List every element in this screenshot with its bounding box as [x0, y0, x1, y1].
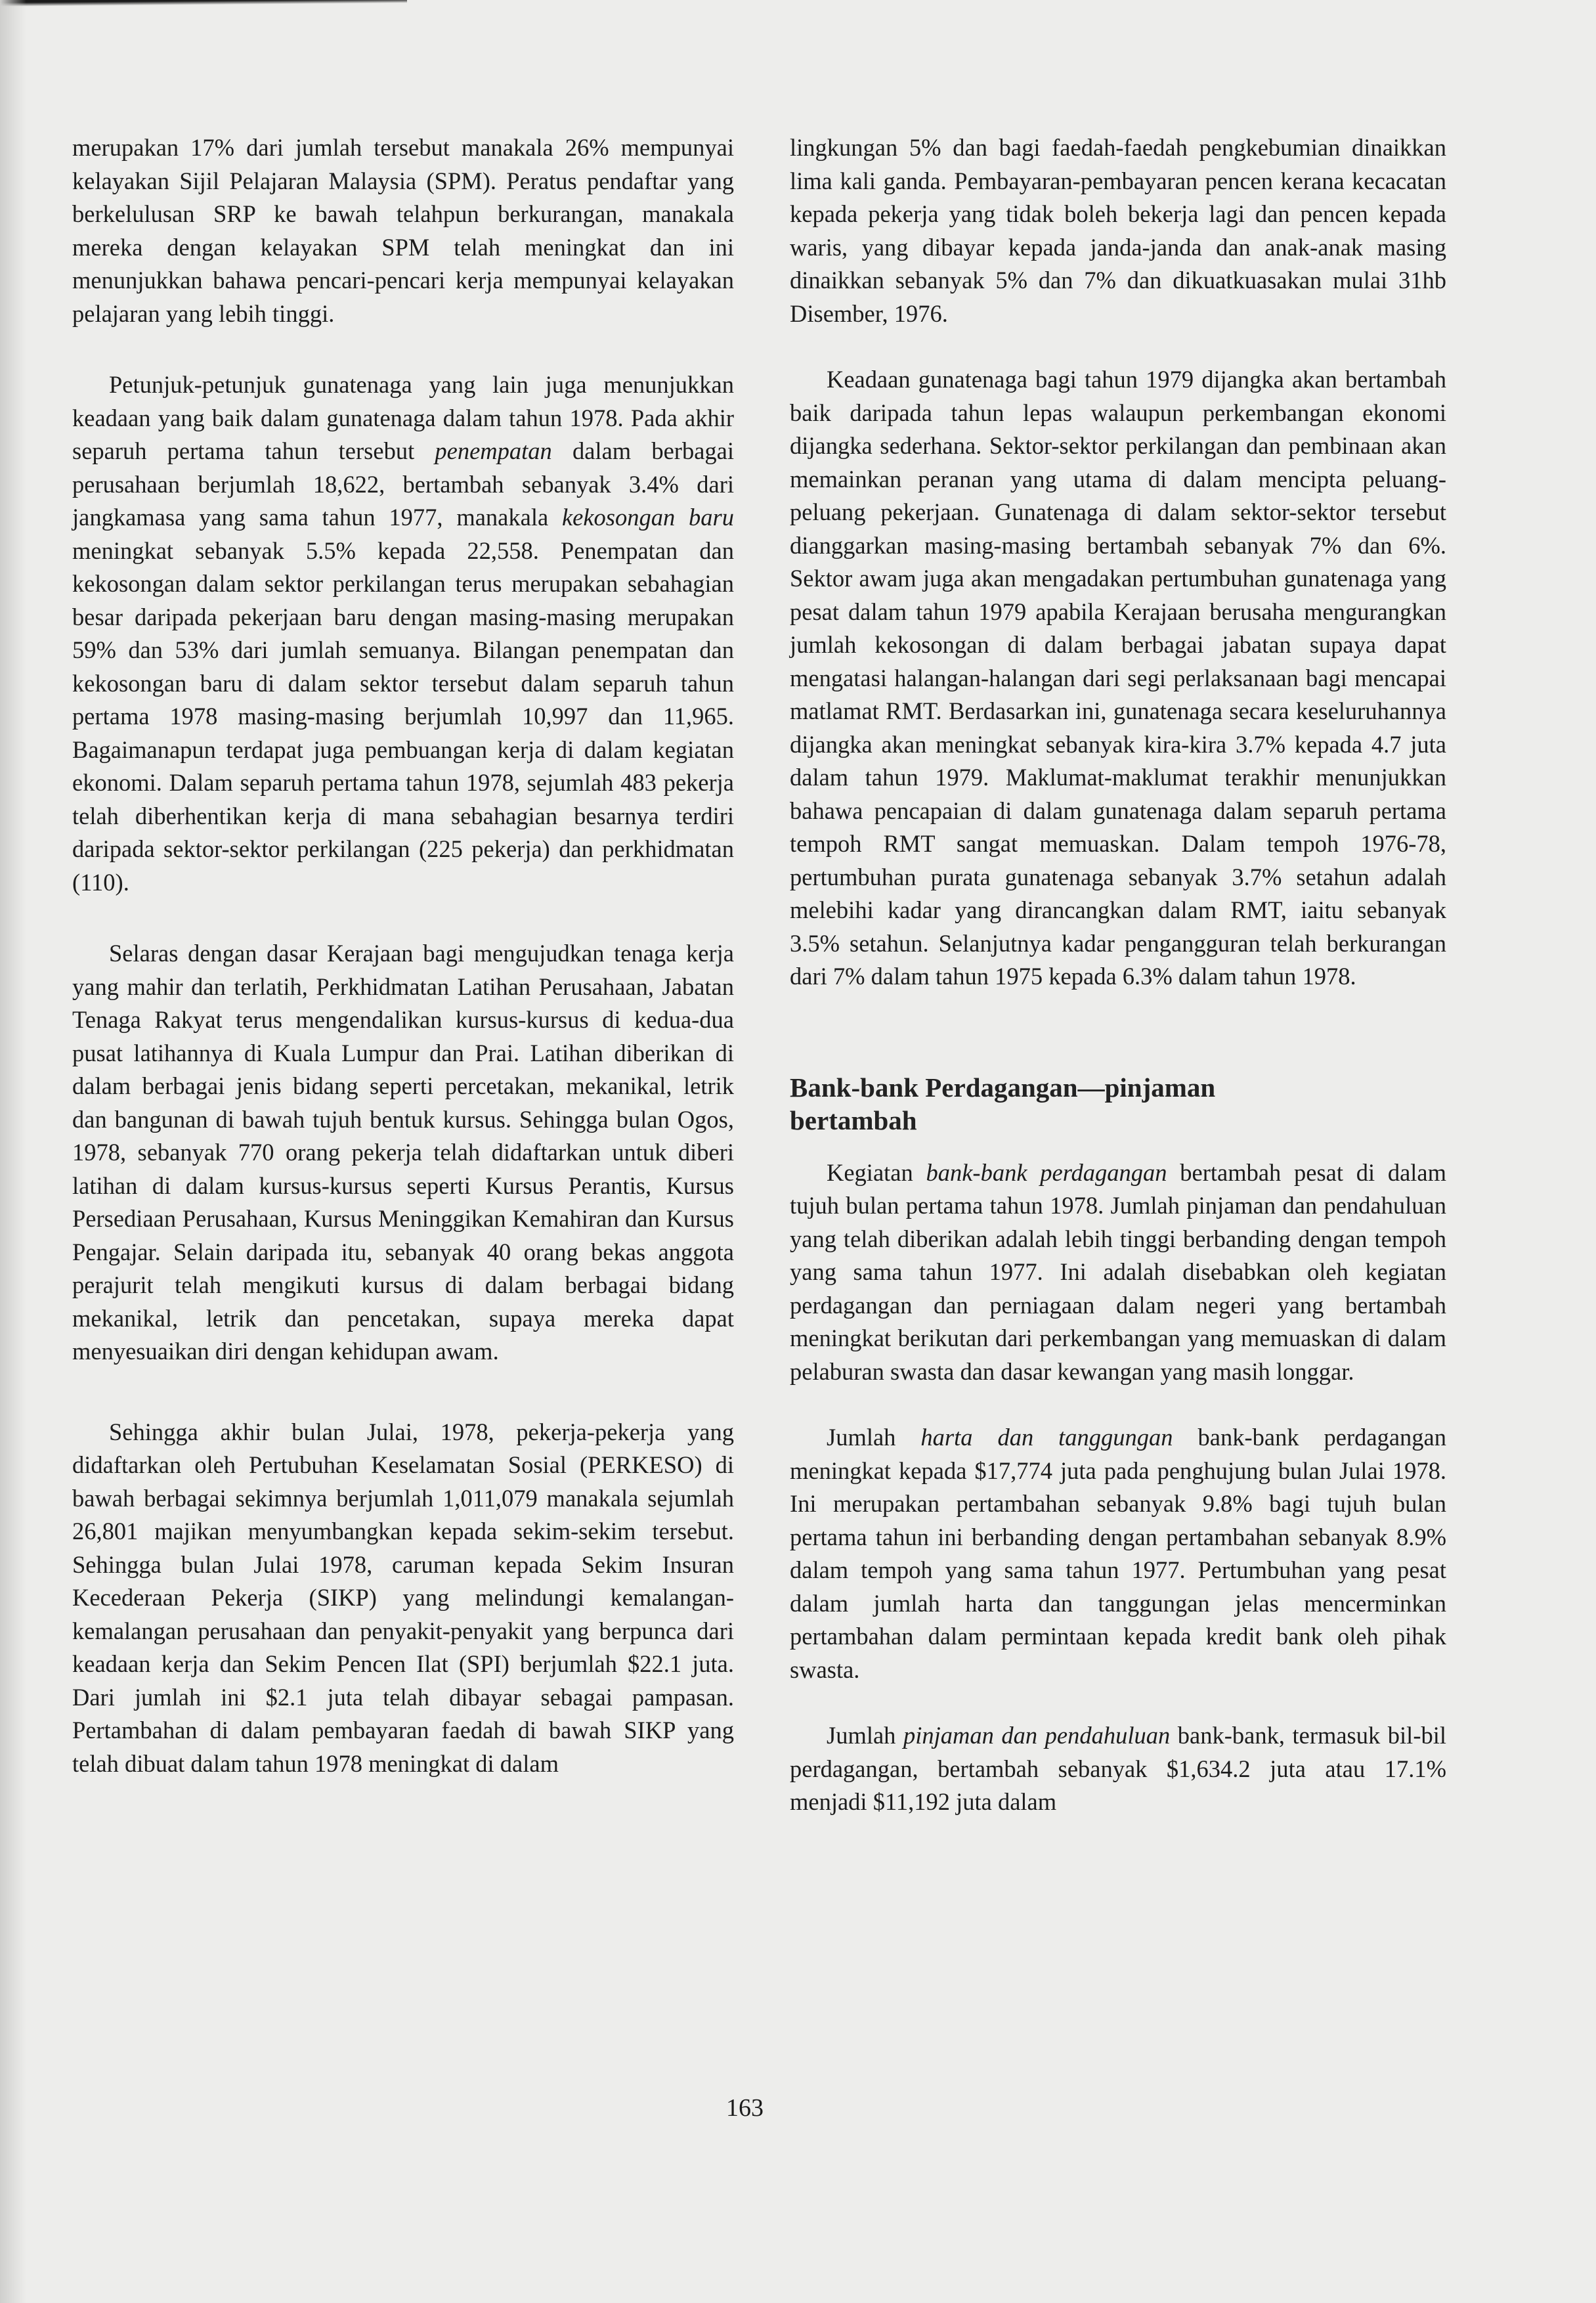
text-run: Kegiatan	[827, 1159, 926, 1186]
text-run: meningkat sebanyak 5.5% kepada 22,558. P…	[72, 537, 734, 896]
right-column: lingkungan 5% dan bagi faedah-faedah pen…	[790, 131, 1446, 1819]
scan-top-edge	[0, 0, 407, 7]
italic-term-harta-dan-tanggungan: harta dan tanggungan	[920, 1424, 1173, 1451]
left-column: merupakan 17% dari jumlah tersebut manak…	[72, 131, 734, 1780]
text-run: Jumlah	[827, 1722, 903, 1749]
scan-binding-shadow	[0, 0, 26, 2303]
paragraph-industrial-training: Selaras dengan dasar Kerajaan bagi mengu…	[72, 937, 734, 1369]
text-run: bank-bank perdagangan meningkat kepada $…	[790, 1424, 1446, 1683]
paragraph-benefits-increase: lingkungan 5% dan bagi faedah-faedah pen…	[790, 131, 1446, 330]
paragraph-perkeso: Sehingga akhir bulan Julai, 1978, pekerj…	[72, 1416, 734, 1781]
heading-line-1: Bank-bank Perdagangan—pinjaman	[790, 1071, 1446, 1104]
italic-term-pinjaman-dan-pendahuluan: pinjaman dan pendahuluan	[903, 1722, 1170, 1749]
text-run: Jumlah	[827, 1424, 920, 1451]
italic-term-kekosongan-baru: kekosongan baru	[562, 504, 734, 531]
heading-line-2: bertambah	[790, 1104, 1446, 1137]
section-heading-commercial-banks: Bank-bank Perdagangan—pinjaman bertambah	[790, 1071, 1446, 1137]
paragraph-spm-qualifications: merupakan 17% dari jumlah tersebut manak…	[72, 131, 734, 330]
page-number: 163	[726, 2094, 764, 2122]
paragraph-loans-advances: Jumlah pinjaman dan pendahuluan bank-ban…	[790, 1719, 1446, 1819]
text-run: bertambah pesat di dalam tujuh bulan per…	[790, 1159, 1446, 1385]
paragraph-bank-activity: Kegiatan bank-bank perdagangan bertambah…	[790, 1156, 1446, 1389]
italic-term-penempatan: penempatan	[435, 437, 551, 464]
paragraph-assets-liabilities: Jumlah harta dan tanggungan bank-bank pe…	[790, 1421, 1446, 1686]
italic-term-bank-bank-perdagangan: bank-bank perdagangan	[926, 1159, 1167, 1186]
paragraph-manpower-outlook-1979: Keadaan gunatenaga bagi tahun 1979 dijan…	[790, 363, 1446, 994]
paragraph-manpower-indicators: Petunjuk-petunjuk gunatenaga yang lain j…	[72, 368, 734, 899]
